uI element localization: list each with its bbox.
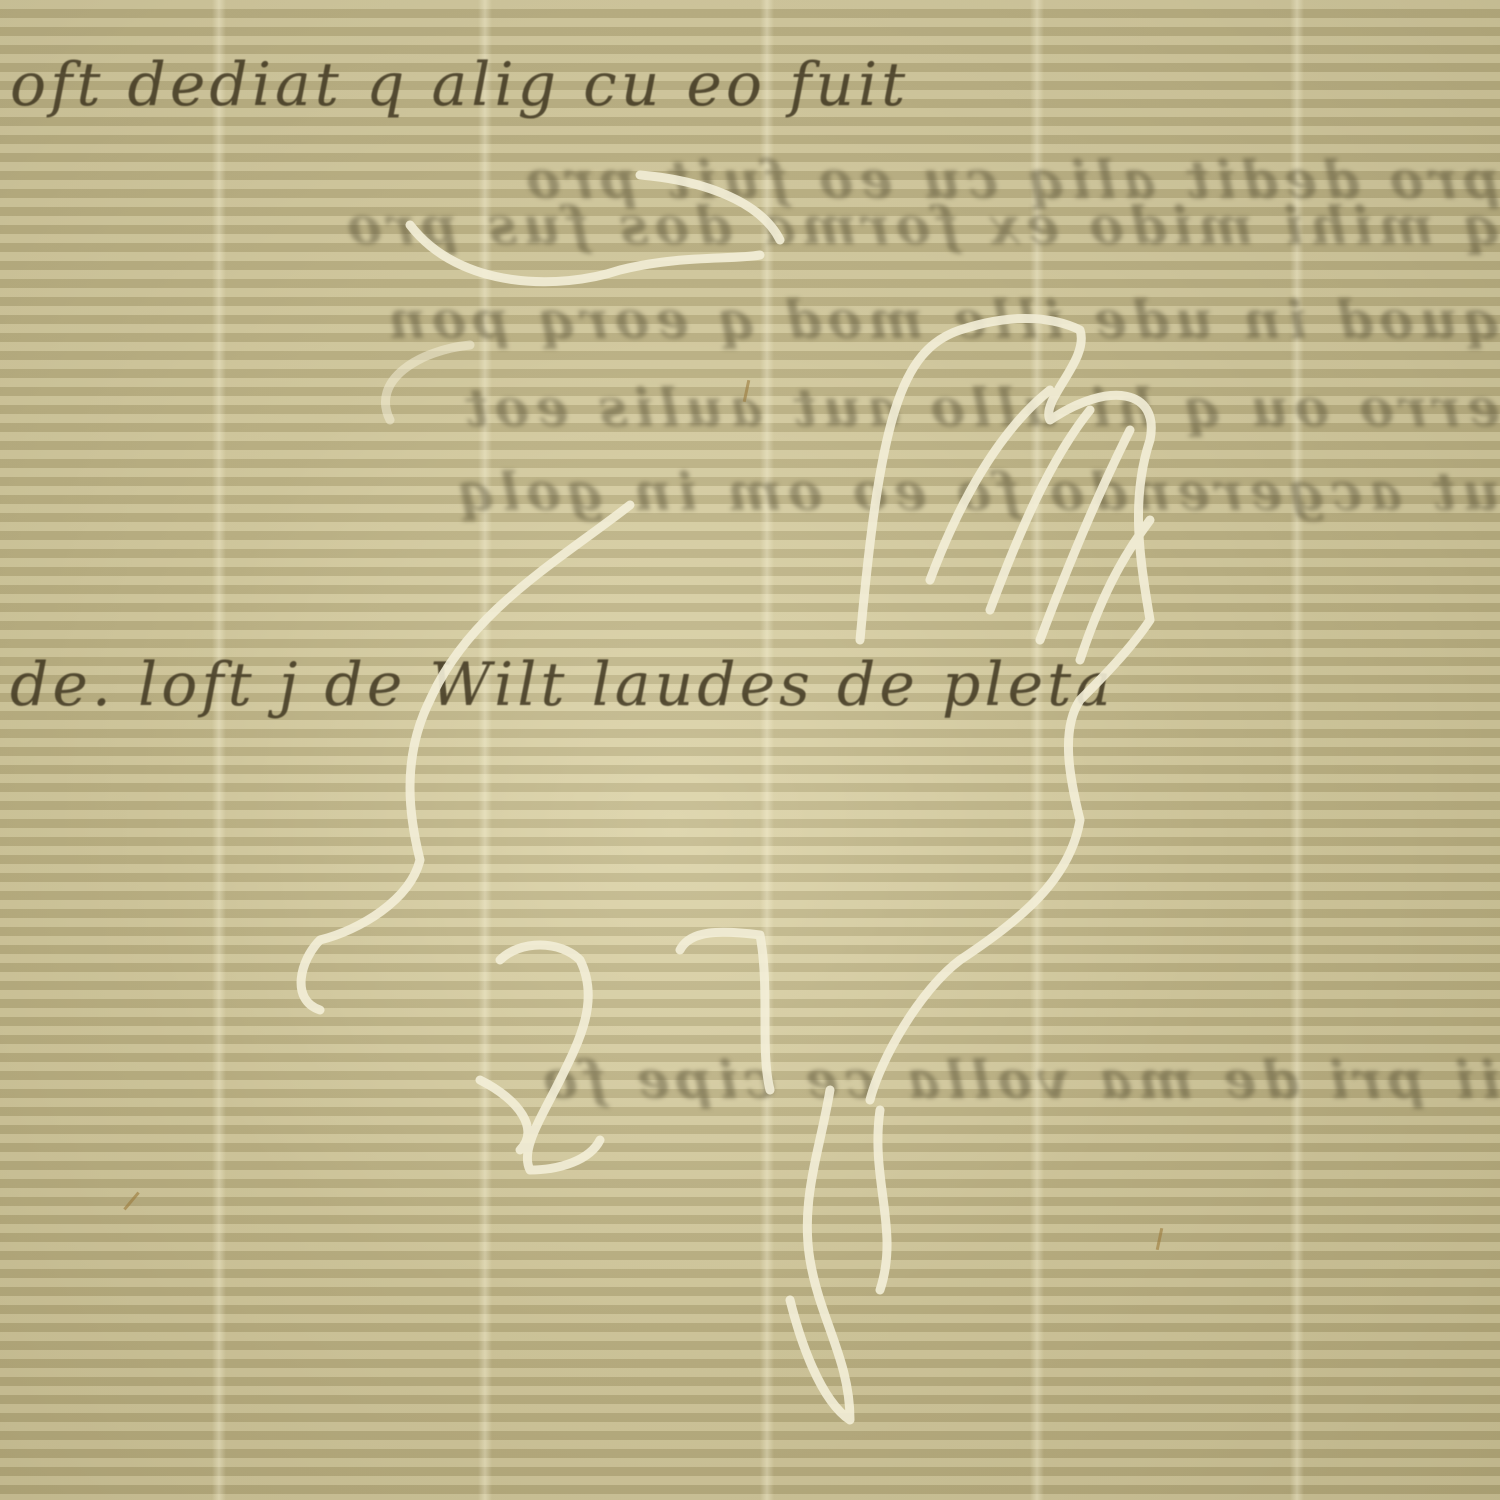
verso-text-line: erro ou q hi ullo aut aulis eot [0, 378, 1500, 439]
manuscript-leaf: pro dedit aliq cu eo fuit pro q mihi mid… [0, 0, 1500, 1500]
verso-text-line: ii pri de ma volla ce cipe fo [0, 1050, 1500, 1111]
paper-fiber [123, 1192, 139, 1211]
verso-text-line: ut acgerendo fo eo om in golq [0, 462, 1500, 523]
paper-fiber [1156, 1228, 1164, 1250]
verso-text-line: quod in ude ille mod q eorq pon [0, 290, 1500, 351]
recto-text-line: de. loft j de Wilt laudes de pleta [10, 650, 1115, 720]
recto-text-line: oft dediat q alig cu eo fuit [10, 50, 909, 120]
verso-text-line: q mihi mido ex forma dos fus pro [0, 196, 1500, 257]
